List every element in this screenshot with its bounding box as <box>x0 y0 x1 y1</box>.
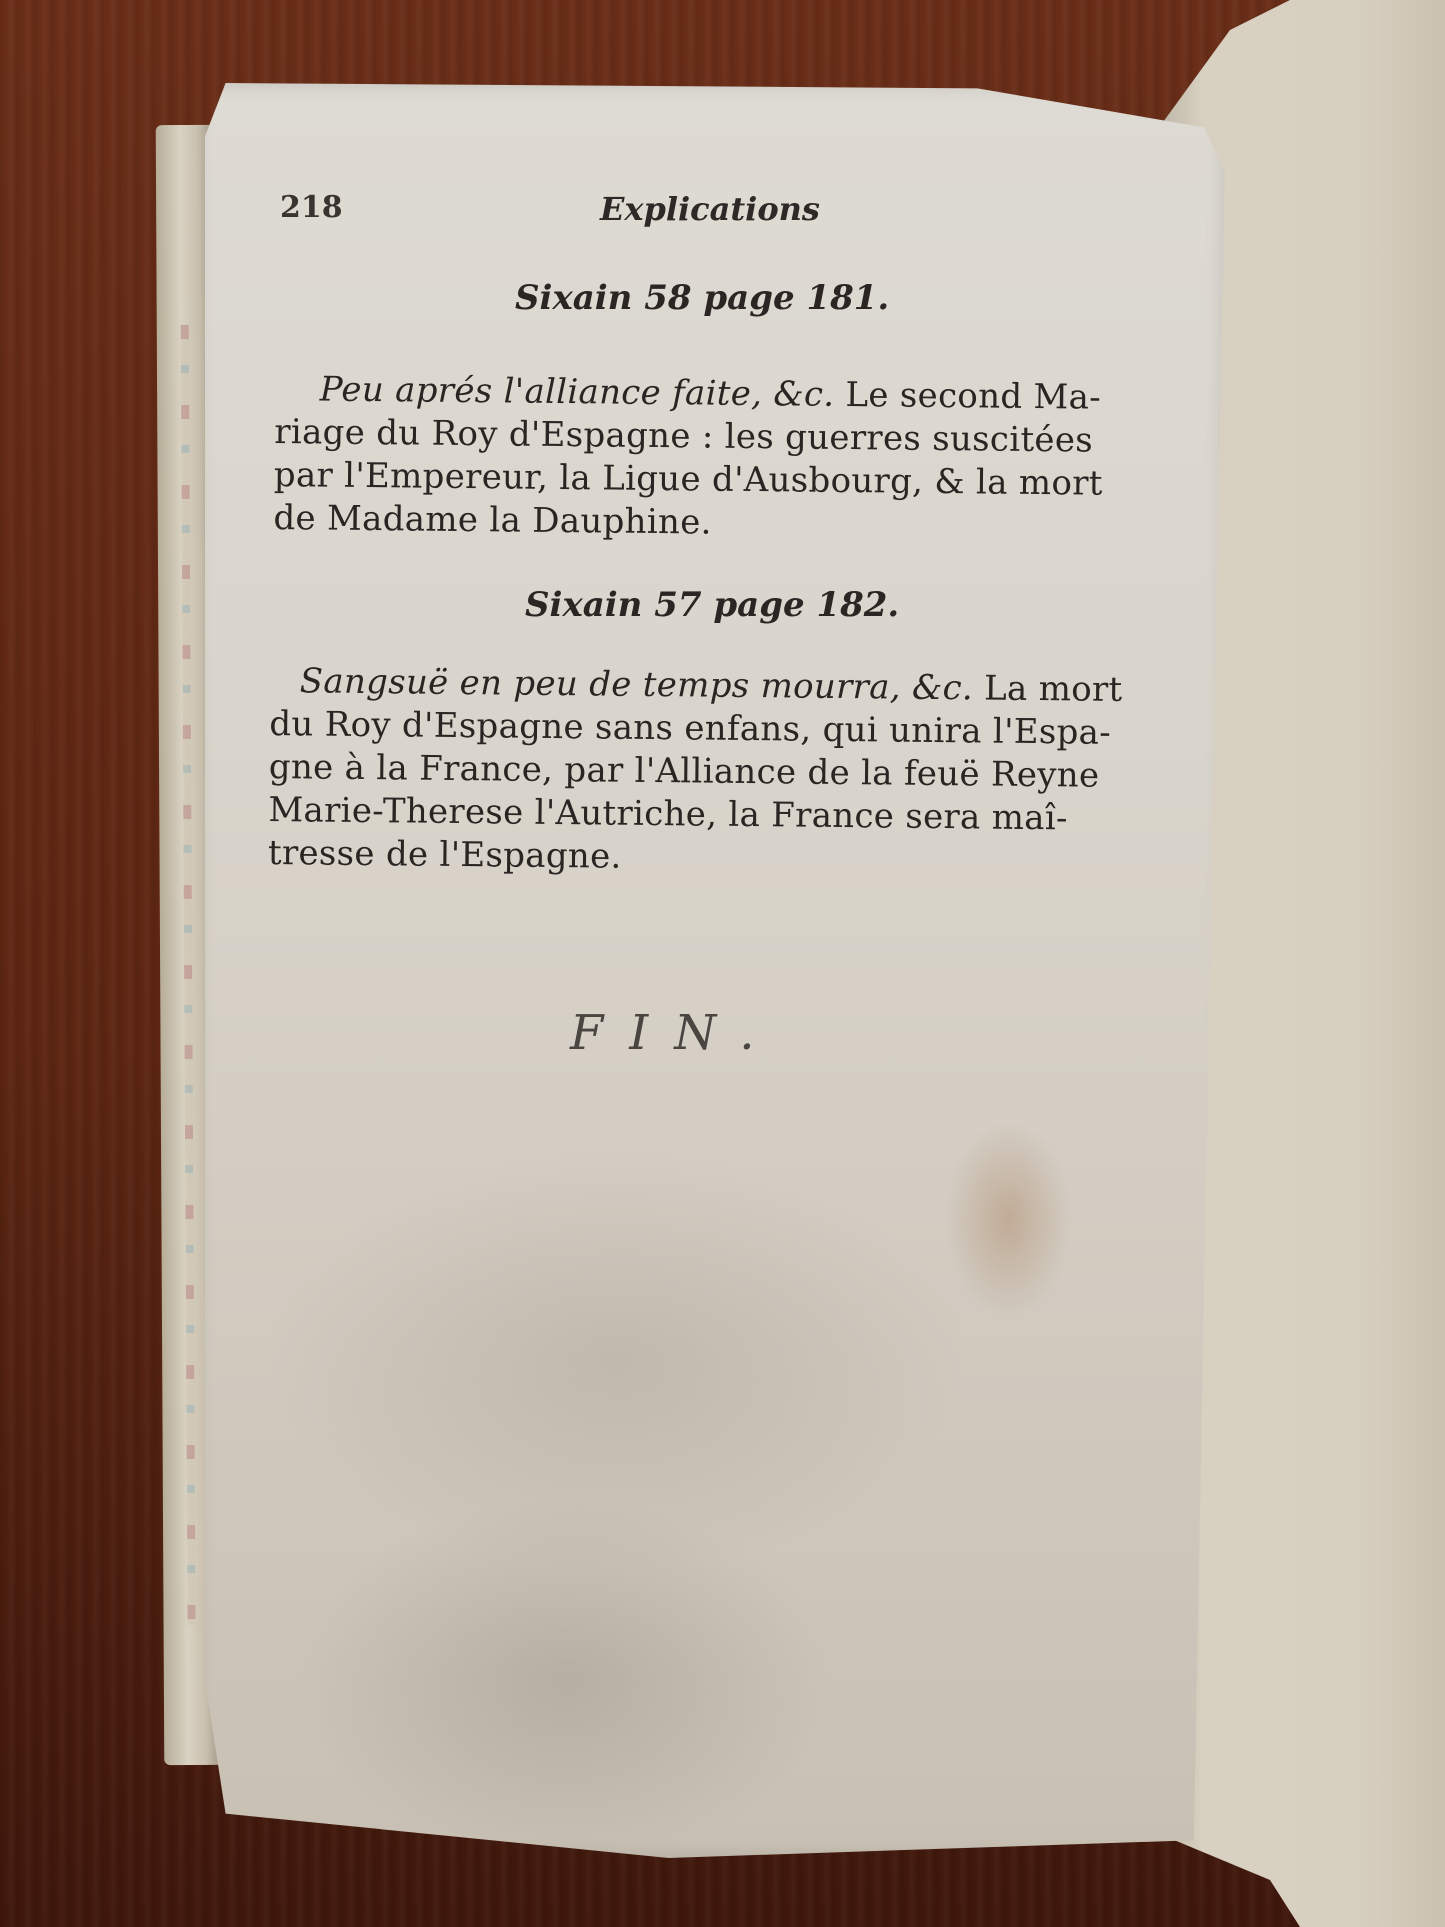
running-head: 218 Explications <box>280 190 1120 240</box>
running-title: Explications <box>600 190 820 228</box>
section-incipit-2: Sangsuë en peu de temps mourra, &c. <box>300 661 974 708</box>
section-body-1: Peu aprés l'alliance faite, &c. Le secon… <box>273 368 1104 549</box>
section-body-2: Sangsuë en peu de temps mourra, &c. La m… <box>268 660 1123 884</box>
book-page <box>205 83 1235 1858</box>
page-number: 218 <box>280 190 343 225</box>
body-line: tresse de l'Espagne. <box>268 832 1121 884</box>
body-line: de Madame la Dauphine. <box>273 497 1102 549</box>
section-incipit-1: Peu aprés l'alliance faite, &c. <box>320 369 835 414</box>
section-heading-2: Sixain 57 page 182. <box>525 585 899 625</box>
body-line: Le second Ma- <box>845 375 1101 418</box>
body-line: La mort <box>984 668 1123 709</box>
section-heading-1: Sixain 58 page 181. <box>515 278 889 318</box>
end-mark-fin: FIN. <box>570 1005 780 1061</box>
